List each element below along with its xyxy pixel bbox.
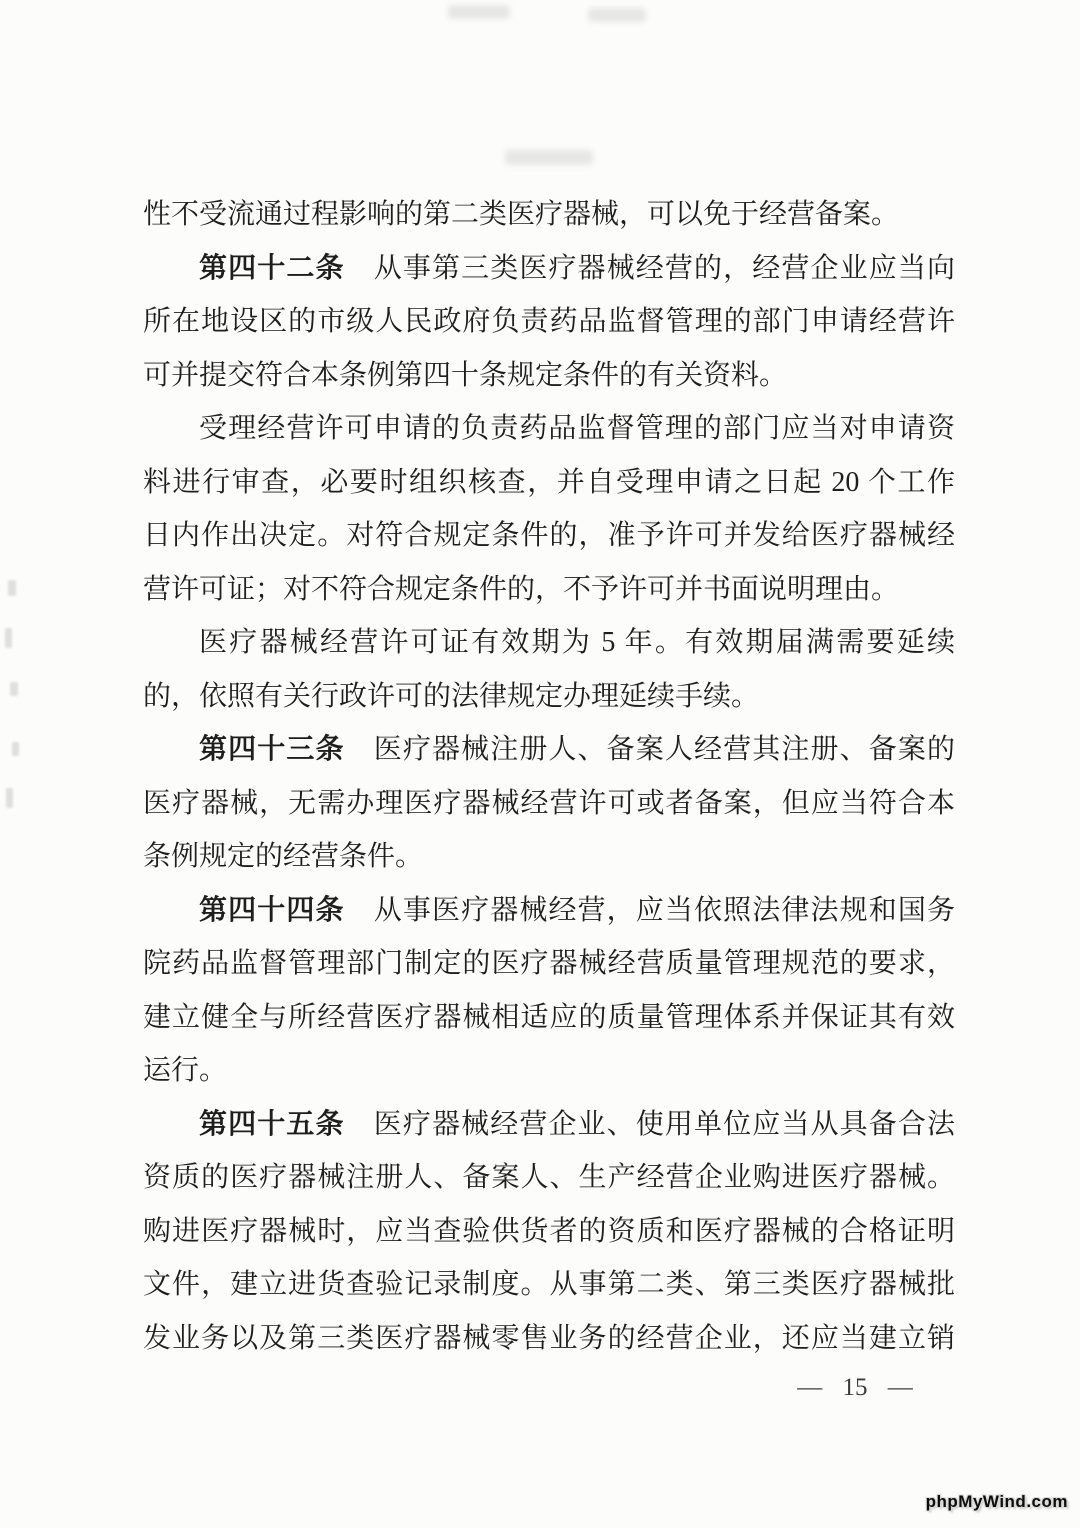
text-segment: 院药品监督管理部门制定的医疗器械经营质量管理规范的要求，	[143, 948, 955, 979]
article-heading: 第四十二条	[199, 253, 345, 284]
scan-artifact	[505, 150, 593, 165]
text-line: 日内作出决定。对符合规定条件的，准予许可并发给医疗器械经	[143, 509, 955, 563]
text-segment: 性不受流通过程影响的第二类医疗器械，可以免于经营备案。	[143, 199, 899, 230]
text-segment: 医疗器械注册人、备案人经营其注册、备案的	[345, 734, 955, 765]
text-segment: 医疗器械经营企业、使用单位应当从具备合法	[345, 1109, 955, 1140]
text-line: 医疗器械，无需办理医疗器械经营许可或者备案，但应当符合本	[143, 777, 955, 831]
text-segment: 日内作出决定。对符合规定条件的，准予许可并发给医疗器械经	[143, 520, 955, 551]
text-segment: 建立健全与所经营医疗器械相适应的质量管理体系并保证其有效	[143, 1002, 955, 1033]
text-line: 医疗器械经营许可证有效期为 5 年。有效期届满需要延续	[143, 616, 955, 670]
scan-artifact	[448, 5, 510, 19]
text-segment: 运行。	[143, 1055, 227, 1086]
text-segment: 从事医疗器械经营，应当依照法律法规和国务	[345, 895, 955, 926]
text-line: 受理经营许可申请的负责药品监督管理的部门应当对申请资	[143, 402, 955, 456]
scan-artifact	[588, 8, 646, 22]
text-line: 的，依照有关行政许可的法律规定办理延续手续。	[143, 670, 955, 724]
text-line: 可并提交符合本条例第四十条规定条件的有关资料。	[143, 349, 955, 403]
scan-speck	[12, 742, 19, 756]
article-heading: 第四十三条	[199, 734, 345, 765]
scan-speck	[8, 580, 16, 596]
text-segment: 医疗器械，无需办理医疗器械经营许可或者备案，但应当符合本	[143, 788, 955, 819]
text-line: 第四十五条 医疗器械经营企业、使用单位应当从具备合法	[143, 1098, 955, 1152]
text-line: 料进行审查，必要时组织核查，并自受理申请之日起 20 个工作	[143, 456, 955, 510]
document-text: 性不受流通过程影响的第二类医疗器械，可以免于经营备案。第四十二条 从事第三类医疗…	[143, 188, 955, 1365]
text-segment: 料进行审查，必要时组织核查，并自受理申请之日起 20 个工作	[143, 467, 955, 498]
text-line: 文件，建立进货查验记录制度。从事第二类、第三类医疗器械批	[143, 1258, 955, 1312]
text-segment: 医疗器械经营许可证有效期为 5 年。有效期届满需要延续	[199, 627, 955, 658]
text-line: 第四十三条 医疗器械注册人、备案人经营其注册、备案的	[143, 723, 955, 777]
text-line: 建立健全与所经营医疗器械相适应的质量管理体系并保证其有效	[143, 991, 955, 1045]
text-line: 性不受流通过程影响的第二类医疗器械，可以免于经营备案。	[143, 188, 955, 242]
text-line: 第四十四条 从事医疗器械经营，应当依照法律法规和国务	[143, 884, 955, 938]
text-line: 购进医疗器械时，应当查验供货者的资质和医疗器械的合格证明	[143, 1205, 955, 1259]
text-segment: 从事第三类医疗器械经营的，经营企业应当向	[345, 253, 955, 284]
scan-speck	[6, 788, 13, 808]
watermark-phpmywind: phpMyWind.com	[926, 1492, 1068, 1512]
text-line: 条例规定的经营条件。	[143, 830, 955, 884]
text-line: 第四十二条 从事第三类医疗器械经营的，经营企业应当向	[143, 242, 955, 296]
text-line: 发业务以及第三类医疗器械零售业务的经营企业，还应当建立销	[143, 1312, 955, 1366]
text-segment: 可并提交符合本条例第四十条规定条件的有关资料。	[143, 360, 787, 391]
text-line: 运行。	[143, 1044, 955, 1098]
text-segment: 受理经营许可申请的负责药品监督管理的部门应当对申请资	[199, 413, 955, 444]
text-segment: 所在地设区的市级人民政府负责药品监督管理的部门申请经营许	[143, 306, 955, 337]
text-line: 院药品监督管理部门制定的医疗器械经营质量管理规范的要求，	[143, 937, 955, 991]
text-line: 所在地设区的市级人民政府负责药品监督管理的部门申请经营许	[143, 295, 955, 349]
text-segment: 发业务以及第三类医疗器械零售业务的经营企业，还应当建立销	[143, 1323, 955, 1354]
text-segment: 的，依照有关行政许可的法律规定办理延续手续。	[143, 681, 759, 712]
article-heading: 第四十四条	[199, 895, 345, 926]
text-line: 营许可证；对不符合规定条件的，不予许可并书面说明理由。	[143, 563, 955, 617]
scan-speck	[5, 628, 12, 648]
text-line: 资质的医疗器械注册人、备案人、生产经营企业购进医疗器械。	[143, 1151, 955, 1205]
text-segment: 资质的医疗器械注册人、备案人、生产经营企业购进医疗器械。	[143, 1162, 955, 1193]
article-heading: 第四十五条	[199, 1109, 345, 1140]
text-segment: 营许可证；对不符合规定条件的，不予许可并书面说明理由。	[143, 574, 899, 605]
page-number: — 15 —	[770, 1365, 940, 1411]
text-segment: 文件，建立进货查验记录制度。从事第二类、第三类医疗器械批	[143, 1269, 955, 1300]
text-segment: 购进医疗器械时，应当查验供货者的资质和医疗器械的合格证明	[143, 1216, 955, 1247]
document-page: 性不受流通过程影响的第二类医疗器械，可以免于经营备案。第四十二条 从事第三类医疗…	[0, 0, 1080, 1528]
scan-speck	[10, 682, 18, 696]
text-segment: 条例规定的经营条件。	[143, 841, 423, 872]
